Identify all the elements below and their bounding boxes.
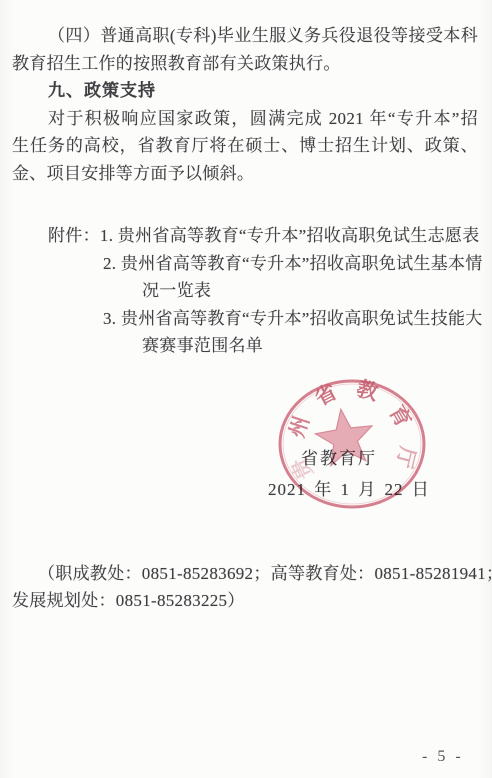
contact-info-line-1: （职成教处：0851-85283692；高等教育处：0851-85281941； <box>38 559 492 584</box>
attachment-item-3-continued: 赛赛事范围名单 <box>12 332 478 360</box>
paragraph-four-line-2: 教育招生工作的按照教育部有关政策执行。 <box>12 50 478 78</box>
signature-date: 2021 年 1 月 22 日 <box>268 475 430 500</box>
section-nine-line-2: 生任务的高校，省教育厅将在硕士、博士招生计划、政策、资 <box>12 132 478 160</box>
seal-arc-char-3: 省 <box>311 379 341 410</box>
seal-arc-char-6: 厅 <box>392 443 420 470</box>
page-number: - 5 - <box>422 748 464 766</box>
attachments-block: 附件：1. 贵州省高等教育“专升本”招收高职免试生志愿表 2. 贵州省高等教育“… <box>12 222 478 360</box>
seal-arc-char-4: 教 <box>354 376 382 405</box>
section-nine-line-3: 金、项目安排等方面予以倾斜。 <box>12 160 478 188</box>
attachment-item-3: 3. 贵州省高等教育“专升本”招收高职免试生技能大 <box>12 305 478 333</box>
attachment-item-1: 附件：1. 贵州省高等教育“专升本”招收高职免试生志愿表 <box>12 222 478 250</box>
document-page: （四）普通高职(专科)毕业生服义务兵役退役等接受本科 教育招生工作的按照教育部有… <box>0 0 492 778</box>
section-nine-heading: 九、政策支持 <box>12 77 478 105</box>
seal-arc-char-2: 州 <box>286 413 314 440</box>
paragraph-four-line-1: （四）普通高职(专科)毕业生服义务兵役退役等接受本科 <box>12 22 478 50</box>
seal-arc-char-5: 育 <box>384 401 415 431</box>
attachment-item-2: 2. 贵州省高等教育“专升本”招收高职免试生基本情 <box>12 250 478 278</box>
contact-info-line-2: 发展规划处：0851-85283225） <box>12 586 245 611</box>
section-nine-line-1: 对于积极响应国家政策，圆满完成 2021 年“专升本”招 <box>12 105 478 133</box>
document-body: （四）普通高职(专科)毕业生服义务兵役退役等接受本科 教育招生工作的按照教育部有… <box>12 22 478 360</box>
attachment-item-2-continued: 况一览表 <box>12 277 478 305</box>
signature-agency: 省教育厅 <box>301 444 377 469</box>
